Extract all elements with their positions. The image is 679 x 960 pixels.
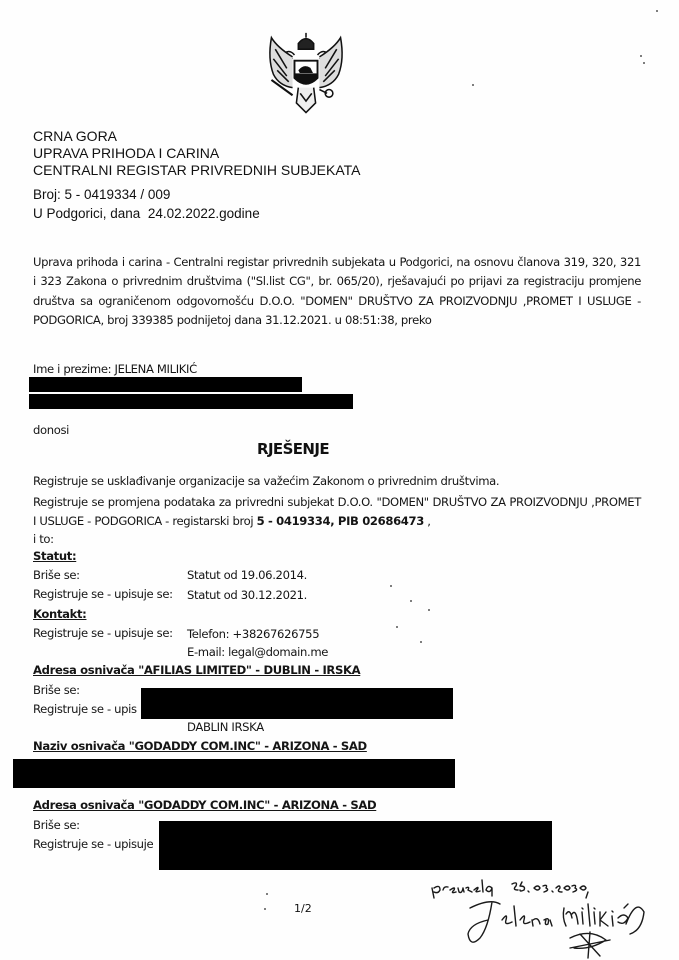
- place-date-prefix: U Podgorici, dana: [33, 206, 140, 221]
- pib-label: , PIB: [330, 514, 362, 528]
- section-heading-godaddy-address: Adresa osnivača "GODADDY COM.INC" - ARIZ…: [33, 798, 376, 812]
- handwritten-signature-icon: [430, 868, 660, 960]
- i-to-text: i to:: [33, 532, 54, 546]
- scan-speck: [656, 10, 658, 12]
- redaction-box: [29, 377, 302, 392]
- statut-delete-label: Briše se:: [33, 568, 80, 582]
- statut-add-label: Registruje se - upisuje se:: [33, 587, 173, 601]
- kontakt-add-label: Registruje se - upisuje se:: [33, 626, 173, 640]
- scan-speck: [640, 55, 642, 57]
- decision-title: RJEŠENJE: [257, 440, 329, 458]
- scan-speck: [428, 609, 430, 611]
- afilias-delete-label: Briše se:: [33, 683, 80, 697]
- scan-speck: [420, 641, 422, 643]
- document-number-value: 5 - 0419334 / 009: [65, 187, 171, 202]
- applicant-line: Ime i prezime: JELENA MILIKIĆ: [33, 362, 197, 376]
- decision-line-2: Registruje se promjena podataka za privr…: [33, 493, 641, 549]
- document-number: Broj: 5 - 0419334 / 009: [33, 186, 170, 203]
- document-number-label: Broj:: [33, 187, 61, 202]
- scan-speck: [266, 893, 268, 895]
- afilias-visible-value: DABLIN IRSKA: [187, 720, 264, 734]
- decision-line-1: Registruje se usklađivanje organizacije …: [33, 474, 499, 488]
- page-number: 1/2: [294, 902, 312, 915]
- coat-of-arms-icon: [258, 30, 354, 126]
- pib-number: 02686473: [362, 514, 424, 528]
- section-heading-afilias-address: Adresa osnivača "AFILIAS LIMITED" - DUBL…: [33, 663, 360, 677]
- scan-speck: [643, 62, 645, 64]
- place-date-value: 24.02.2022.godine: [148, 206, 260, 221]
- intro-paragraph: Uprava prihoda i carina - Centralni regi…: [33, 253, 641, 331]
- redaction-box: [13, 759, 455, 788]
- document-page: CRNA GORA UPRAVA PRIHODA I CARINA CENTRA…: [0, 0, 679, 960]
- registry-name: CENTRALNI REGISTAR PRIVREDNIH SUBJEKATA: [33, 162, 361, 179]
- section-heading-kontakt: Kontakt:: [33, 607, 86, 621]
- redaction-box: [159, 821, 552, 870]
- kontakt-email: E-mail: legal@domain.me: [187, 645, 328, 659]
- redaction-box: [141, 688, 453, 719]
- scan-speck: [410, 600, 412, 602]
- applicant-label: Ime i prezime:: [33, 362, 111, 376]
- registration-number: 5 - 0419334: [257, 514, 331, 528]
- section-heading-godaddy-name: Naziv osnivača "GODADDY COM.INC" - ARIZO…: [33, 739, 367, 753]
- kontakt-phone: Telefon: +38267626755: [187, 627, 319, 641]
- scan-speck: [264, 908, 266, 910]
- donosi-text: donosi: [33, 423, 69, 437]
- country-name: CRNA GORA: [33, 128, 117, 145]
- afilias-add-label: Registruje se - upis: [33, 702, 137, 716]
- decision-line-2-end: ,: [424, 514, 431, 528]
- scan-speck: [472, 84, 474, 86]
- place-date: U Podgorici, dana 24.02.2022.godine: [33, 205, 260, 222]
- statut-delete-value: Statut od 19.06.2014.: [187, 568, 307, 582]
- statut-add-value: Statut od 30.12.2021.: [187, 588, 307, 602]
- scan-speck: [396, 626, 398, 628]
- section-heading-statut: Statut:: [33, 549, 76, 563]
- scan-speck: [390, 585, 392, 587]
- godaddy-delete-label: Briše se:: [33, 818, 80, 832]
- godaddy-add-label: Registruje se - upisuje: [33, 837, 153, 851]
- redaction-box: [29, 394, 353, 409]
- authority-name: UPRAVA PRIHODA I CARINA: [33, 145, 219, 162]
- applicant-name: JELENA MILIKIĆ: [115, 362, 197, 376]
